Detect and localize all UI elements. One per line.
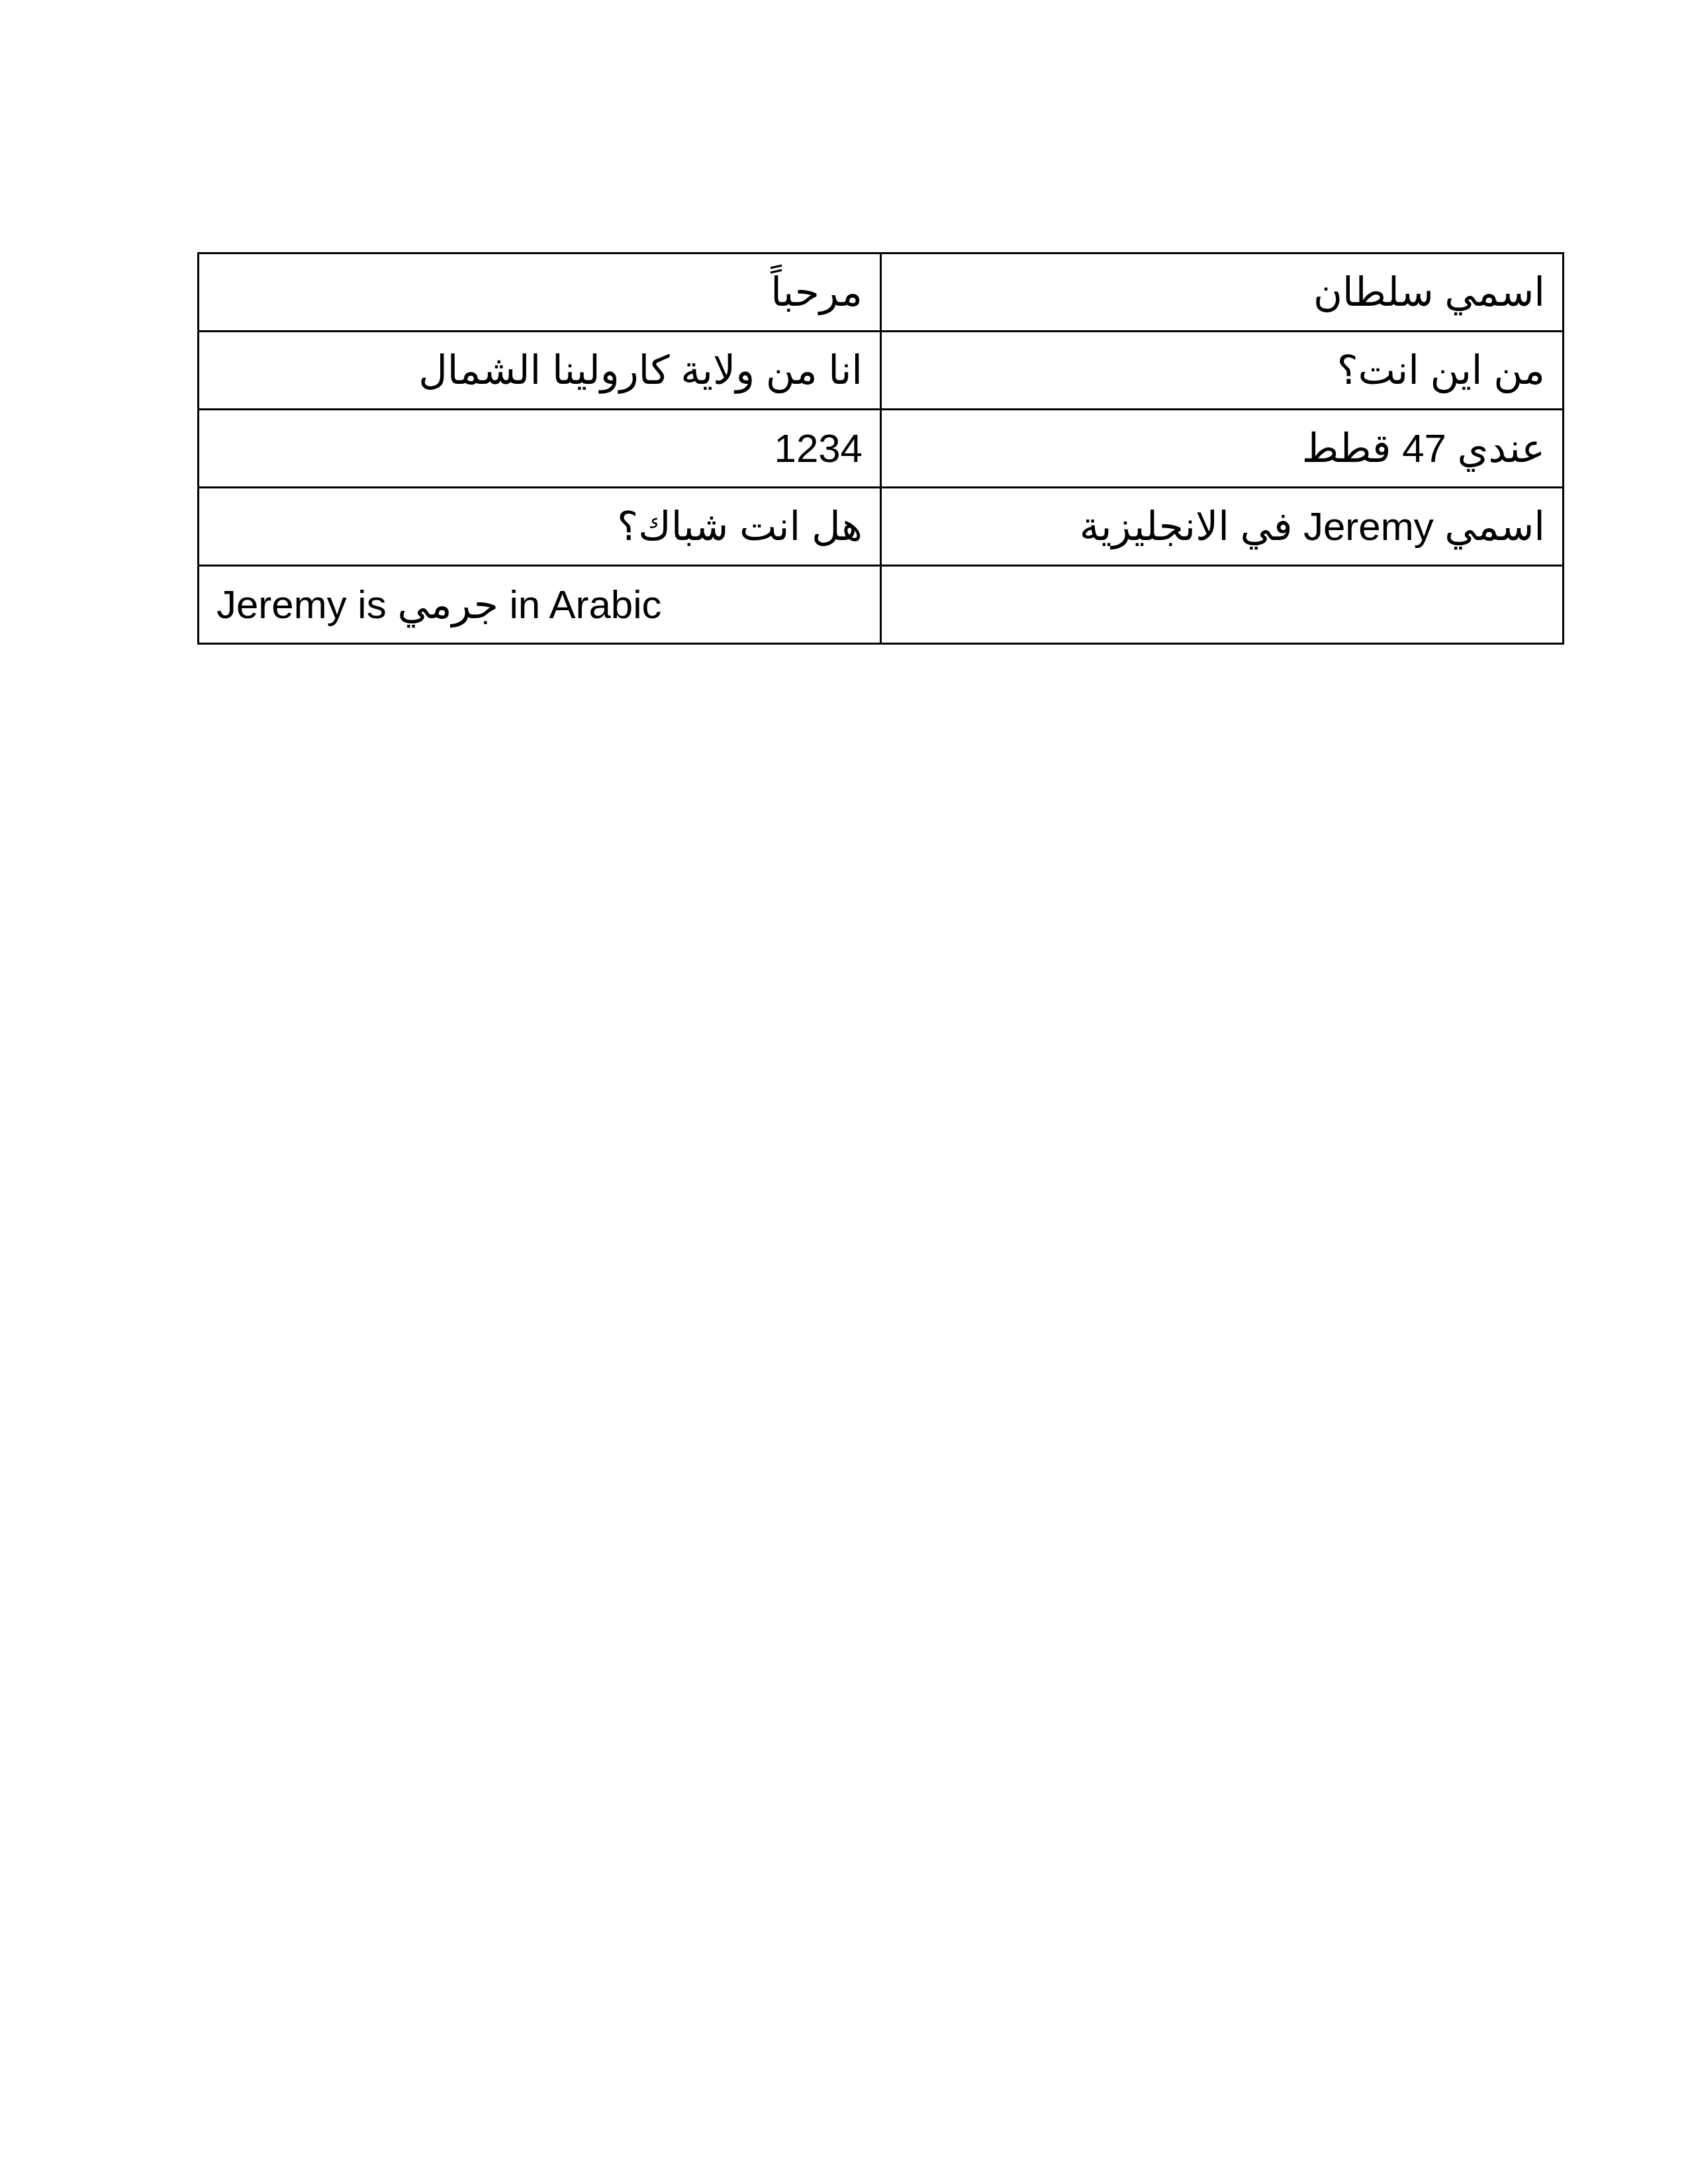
table-cell: من اين انت؟: [881, 332, 1564, 410]
table-cell: 1234: [199, 410, 881, 488]
table-cell: اسمي Jeremy في الانجليزية: [881, 488, 1564, 566]
table-cell: هل انت شباك؟: [199, 488, 881, 566]
table-cell: عندي 47 قطط: [881, 410, 1564, 488]
table-cell: اسمي سلطان: [881, 253, 1564, 332]
table-row: انا من ولاية كارولينا الشمال من اين انت؟: [199, 332, 1564, 410]
conversation-table: مرحباً اسمي سلطان انا من ولاية كارولينا …: [197, 252, 1564, 645]
table-cell: [881, 566, 1564, 644]
table-cell: مرحباً: [199, 253, 881, 332]
document-page: مرحباً اسمي سلطان انا من ولاية كارولينا …: [0, 0, 1688, 2184]
table-row: 1234 عندي 47 قطط: [199, 410, 1564, 488]
table-row: Jeremy is جرمي in Arabic: [199, 566, 1564, 644]
table-row: هل انت شباك؟ اسمي Jeremy في الانجليزية: [199, 488, 1564, 566]
table-cell: Jeremy is جرمي in Arabic: [199, 566, 881, 644]
table-row: مرحباً اسمي سلطان: [199, 253, 1564, 332]
table-cell: انا من ولاية كارولينا الشمال: [199, 332, 881, 410]
conversation-table-body: مرحباً اسمي سلطان انا من ولاية كارولينا …: [199, 253, 1564, 644]
